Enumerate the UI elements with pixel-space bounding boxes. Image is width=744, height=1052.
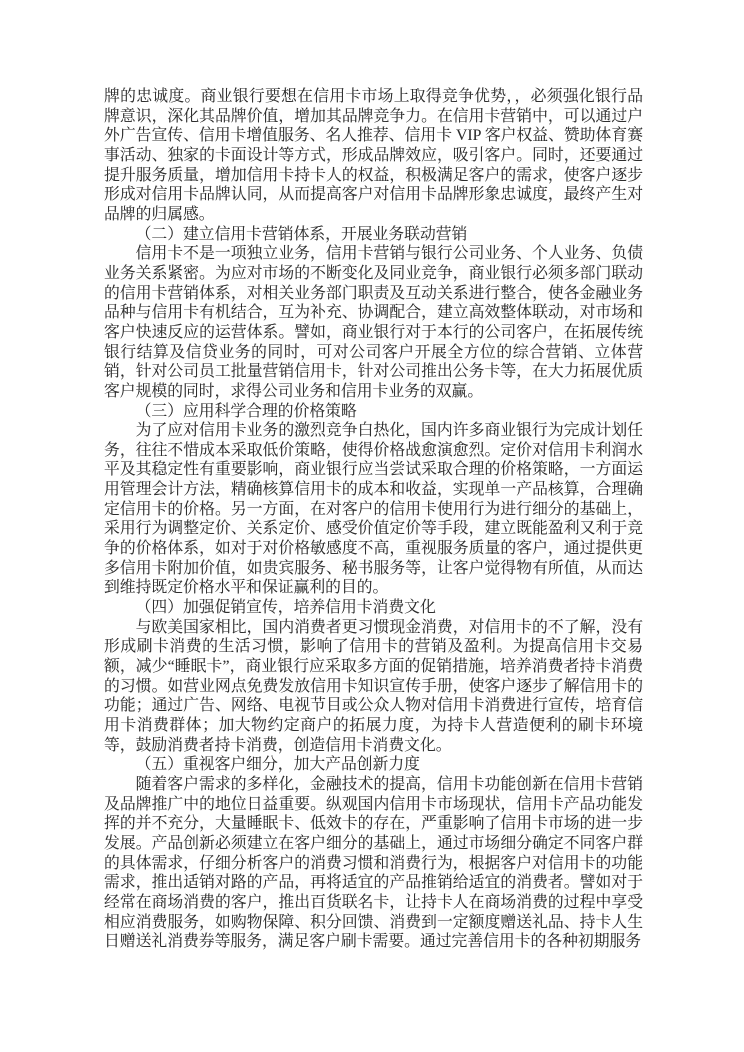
- heading-section-2-marketing-system: （二）建立信用卡营销体系，开展业务联动营销: [104, 225, 643, 245]
- document-sheet: 牌的忠诚度。商业银行要想在信用卡市场上取得竞争优势，，必须强化银行品牌意识，深化…: [0, 0, 744, 1052]
- text-column: 牌的忠诚度。商业银行要想在信用卡市场上取得竞争优势，，必须强化银行品牌意识，深化…: [104, 87, 643, 952]
- heading-section-4-promotion-culture: （四）加强促销宣传，培养信用卡消费文化: [104, 598, 643, 618]
- paragraph-marketing-system: 信用卡不是一项独立业务，信用卡营销与银行公司业务、个人业务、负债业务关系紧密。为…: [104, 244, 643, 401]
- paragraph-product-innovation: 随着客户需求的多样化，金融技术的提高，信用卡功能创新在信用卡营销及品牌推广中的地…: [104, 775, 643, 952]
- heading-section-3-pricing-strategy: （三）应用科学合理的价格策略: [104, 402, 643, 422]
- paragraph-brand-loyalty-continuation: 牌的忠诚度。商业银行要想在信用卡市场上取得竞争优势，，必须强化银行品牌意识，深化…: [104, 87, 643, 225]
- document-page: { "page": { "background_color": "#ffffff…: [0, 0, 744, 1052]
- heading-section-5-product-innovation: （五）重视客户细分，加大产品创新力度: [104, 755, 643, 775]
- paragraph-promotion-culture: 与欧美国家相比，国内消费者更习惯现金消费，对信用卡的不了解，没有形成刷卡消费的生…: [104, 618, 643, 756]
- paragraph-pricing-strategy: 为了应对信用卡业务的激烈竞争白热化，国内许多商业银行为完成计划任务，往往不惜成本…: [104, 421, 643, 598]
